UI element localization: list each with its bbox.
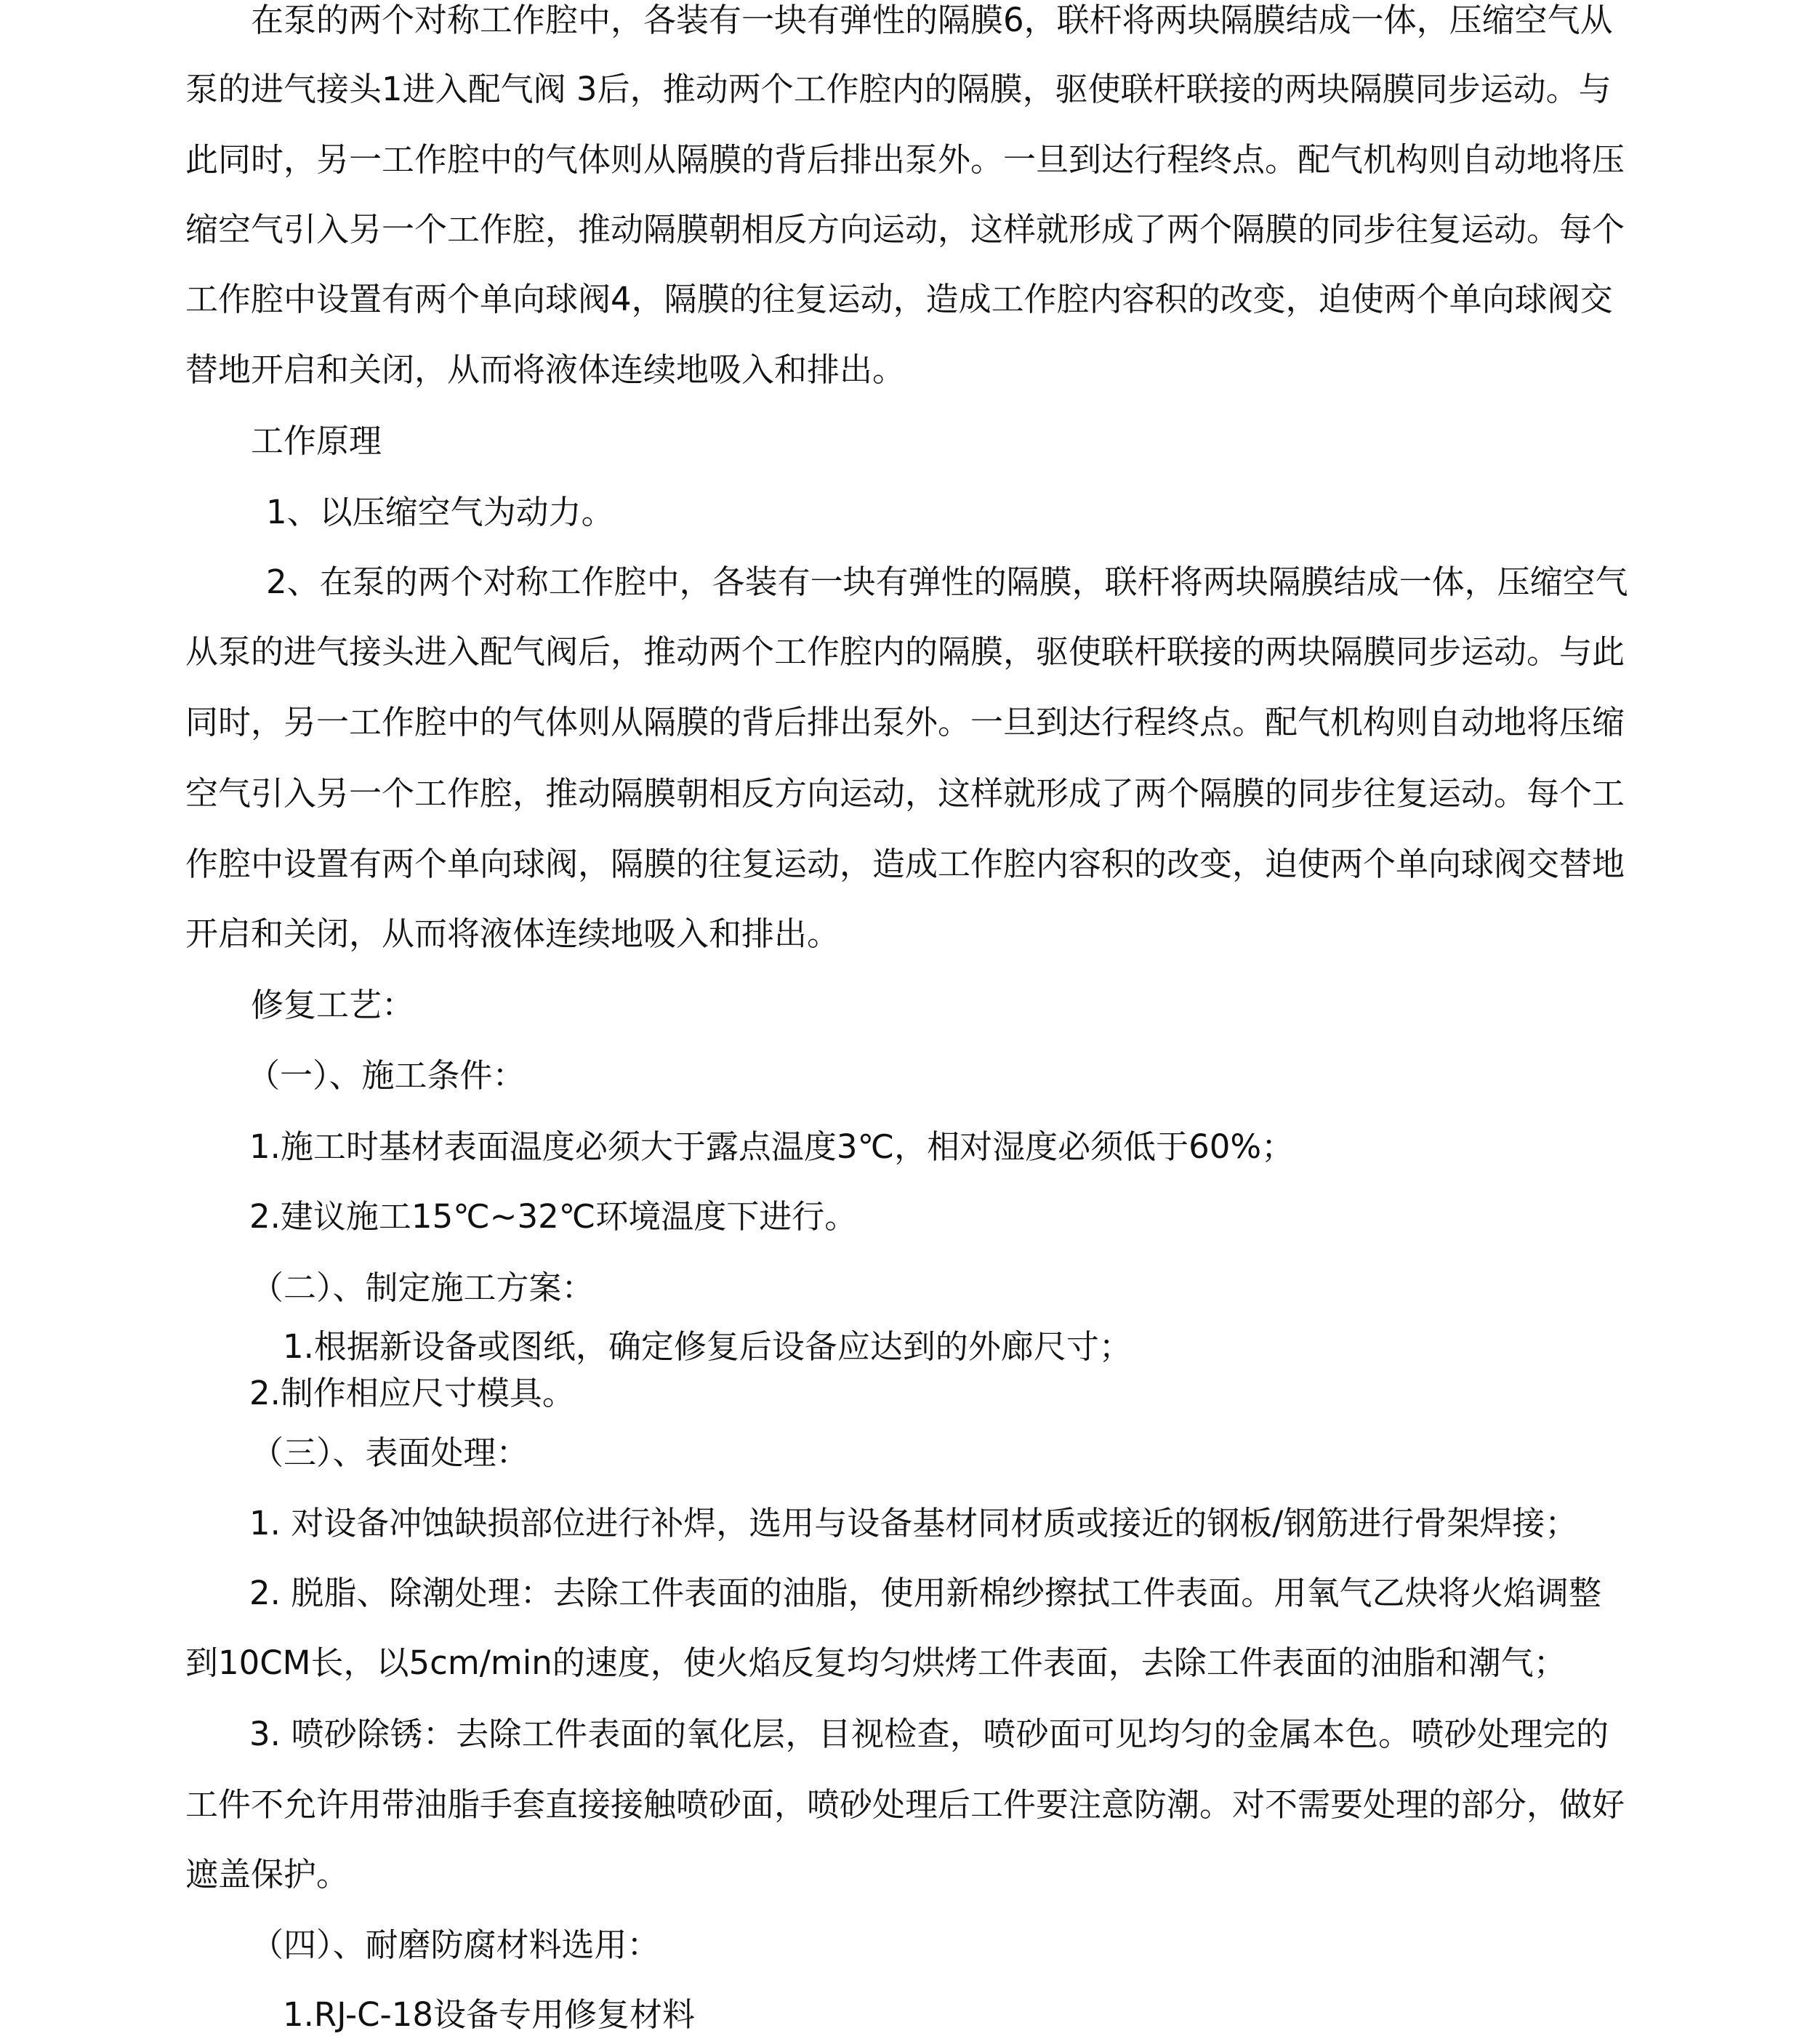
paragraph-line: 泵的进气接头1进入配气阀 3后，推动两个工作腔内的隔膜，驱使联杆联接的两块隔膜同… — [185, 69, 1610, 110]
section-2-title: （二）、制定施工方案： — [251, 1268, 595, 1308]
paragraph-line: 在泵的两个对称工作腔中，各装有一块有弹性的隔膜6，联杆将两块隔膜结成一体，压缩空… — [251, 0, 1610, 41]
principle-item-2-line: 空气引入另一个工作腔，推动隔膜朝相反方向运动，这样就形成了两个隔膜的同步往复运动… — [185, 773, 1610, 814]
heading-working-principle: 工作原理 — [251, 421, 382, 462]
principle-item-2-line: 开启和关闭，从而将液体连续地吸入和排出。 — [185, 914, 840, 954]
section-2-item: 1.根据新设备或图纸，确定修复后设备应达到的外廊尺寸； — [283, 1327, 1132, 1367]
principle-item-2-line: 作腔中设置有两个单向球阀，隔膜的往复运动，造成工作腔内容积的改变，迫使两个单向球… — [185, 844, 1610, 885]
section-1-title: （一）、施工条件： — [247, 1055, 526, 1096]
section-2-item: 2.制作相应尺寸模具。 — [249, 1373, 575, 1414]
section-4-item: 1.RJ-C-18设备专用修复材料 — [283, 1995, 695, 2035]
paragraph-line: 缩空气引入另一个工作腔，推动隔膜朝相反方向运动，这样就形成了两个隔膜的同步往复运… — [185, 209, 1610, 250]
principle-item-1: 1、以压缩空气为动力。 — [266, 492, 614, 533]
section-3-item-1: 1. 对设备冲蚀缺损部位进行补焊，选用与设备基材同材质或接近的钢板/钢筋进行骨架… — [249, 1503, 1577, 1544]
section-3-item-3-line: 工件不允许用带油脂手套直接接触喷砂面，喷砂处理后工件要注意防潮。对不需要处理的部… — [185, 1785, 1610, 1825]
section-4-title: （四）、耐磨防腐材料选用： — [251, 1925, 660, 1965]
paragraph-line: 替地开启和关闭，从而将液体连续地吸入和排出。 — [185, 350, 905, 390]
principle-item-2-line: 2、在泵的两个对称工作腔中，各装有一块有弹性的隔膜，联杆将两块隔膜结成一体，压缩… — [266, 562, 1610, 603]
section-3-item-3-line: 遮盖保护。 — [185, 1854, 349, 1895]
section-3-item-2-line: 到10CM长，以5cm/min的速度，使火焰反复均匀烘烤工件表面，去除工件表面的… — [185, 1643, 1566, 1683]
section-3-item-3-line: 3. 喷砂除锈：去除工件表面的氧化层，目视检查，喷砂面可见均匀的金属本色。喷砂处… — [249, 1714, 1609, 1755]
paragraph-line: 工作腔中设置有两个单向球阀4，隔膜的往复运动，造成工作腔内容积的改变，迫使两个单… — [185, 279, 1610, 320]
section-1-item: 2.建议施工15℃~32℃环境温度下进行。 — [249, 1196, 857, 1237]
paragraph-line: 此同时，另一工作腔中的气体则从隔膜的背后排出泵外。一旦到达行程终点。配气机构则自… — [185, 140, 1610, 180]
section-3-title: （三）、表面处理： — [251, 1433, 529, 1473]
principle-item-2-line: 同时，另一工作腔中的气体则从隔膜的背后排出泵外。一旦到达行程终点。配气机构则自动… — [185, 702, 1610, 743]
principle-item-2-line: 从泵的进气接头进入配气阀后，推动两个工作腔内的隔膜，驱使联杆联接的两块隔膜同步运… — [185, 632, 1610, 672]
section-3-item-2-line: 2. 脱脂、除潮处理：去除工件表面的油脂，使用新棉纱擦拭工件表面。用氧气乙炔将火… — [249, 1573, 1601, 1614]
document-page: 在泵的两个对称工作腔中，各装有一块有弹性的隔膜6，联杆将两块隔膜结成一体，压缩空… — [0, 0, 1802, 2044]
heading-repair-process: 修复工艺： — [251, 985, 414, 1026]
section-1-item: 1.施工时基材表面温度必须大于露点温度3℃，相对湿度必须低于60%； — [249, 1127, 1294, 1167]
